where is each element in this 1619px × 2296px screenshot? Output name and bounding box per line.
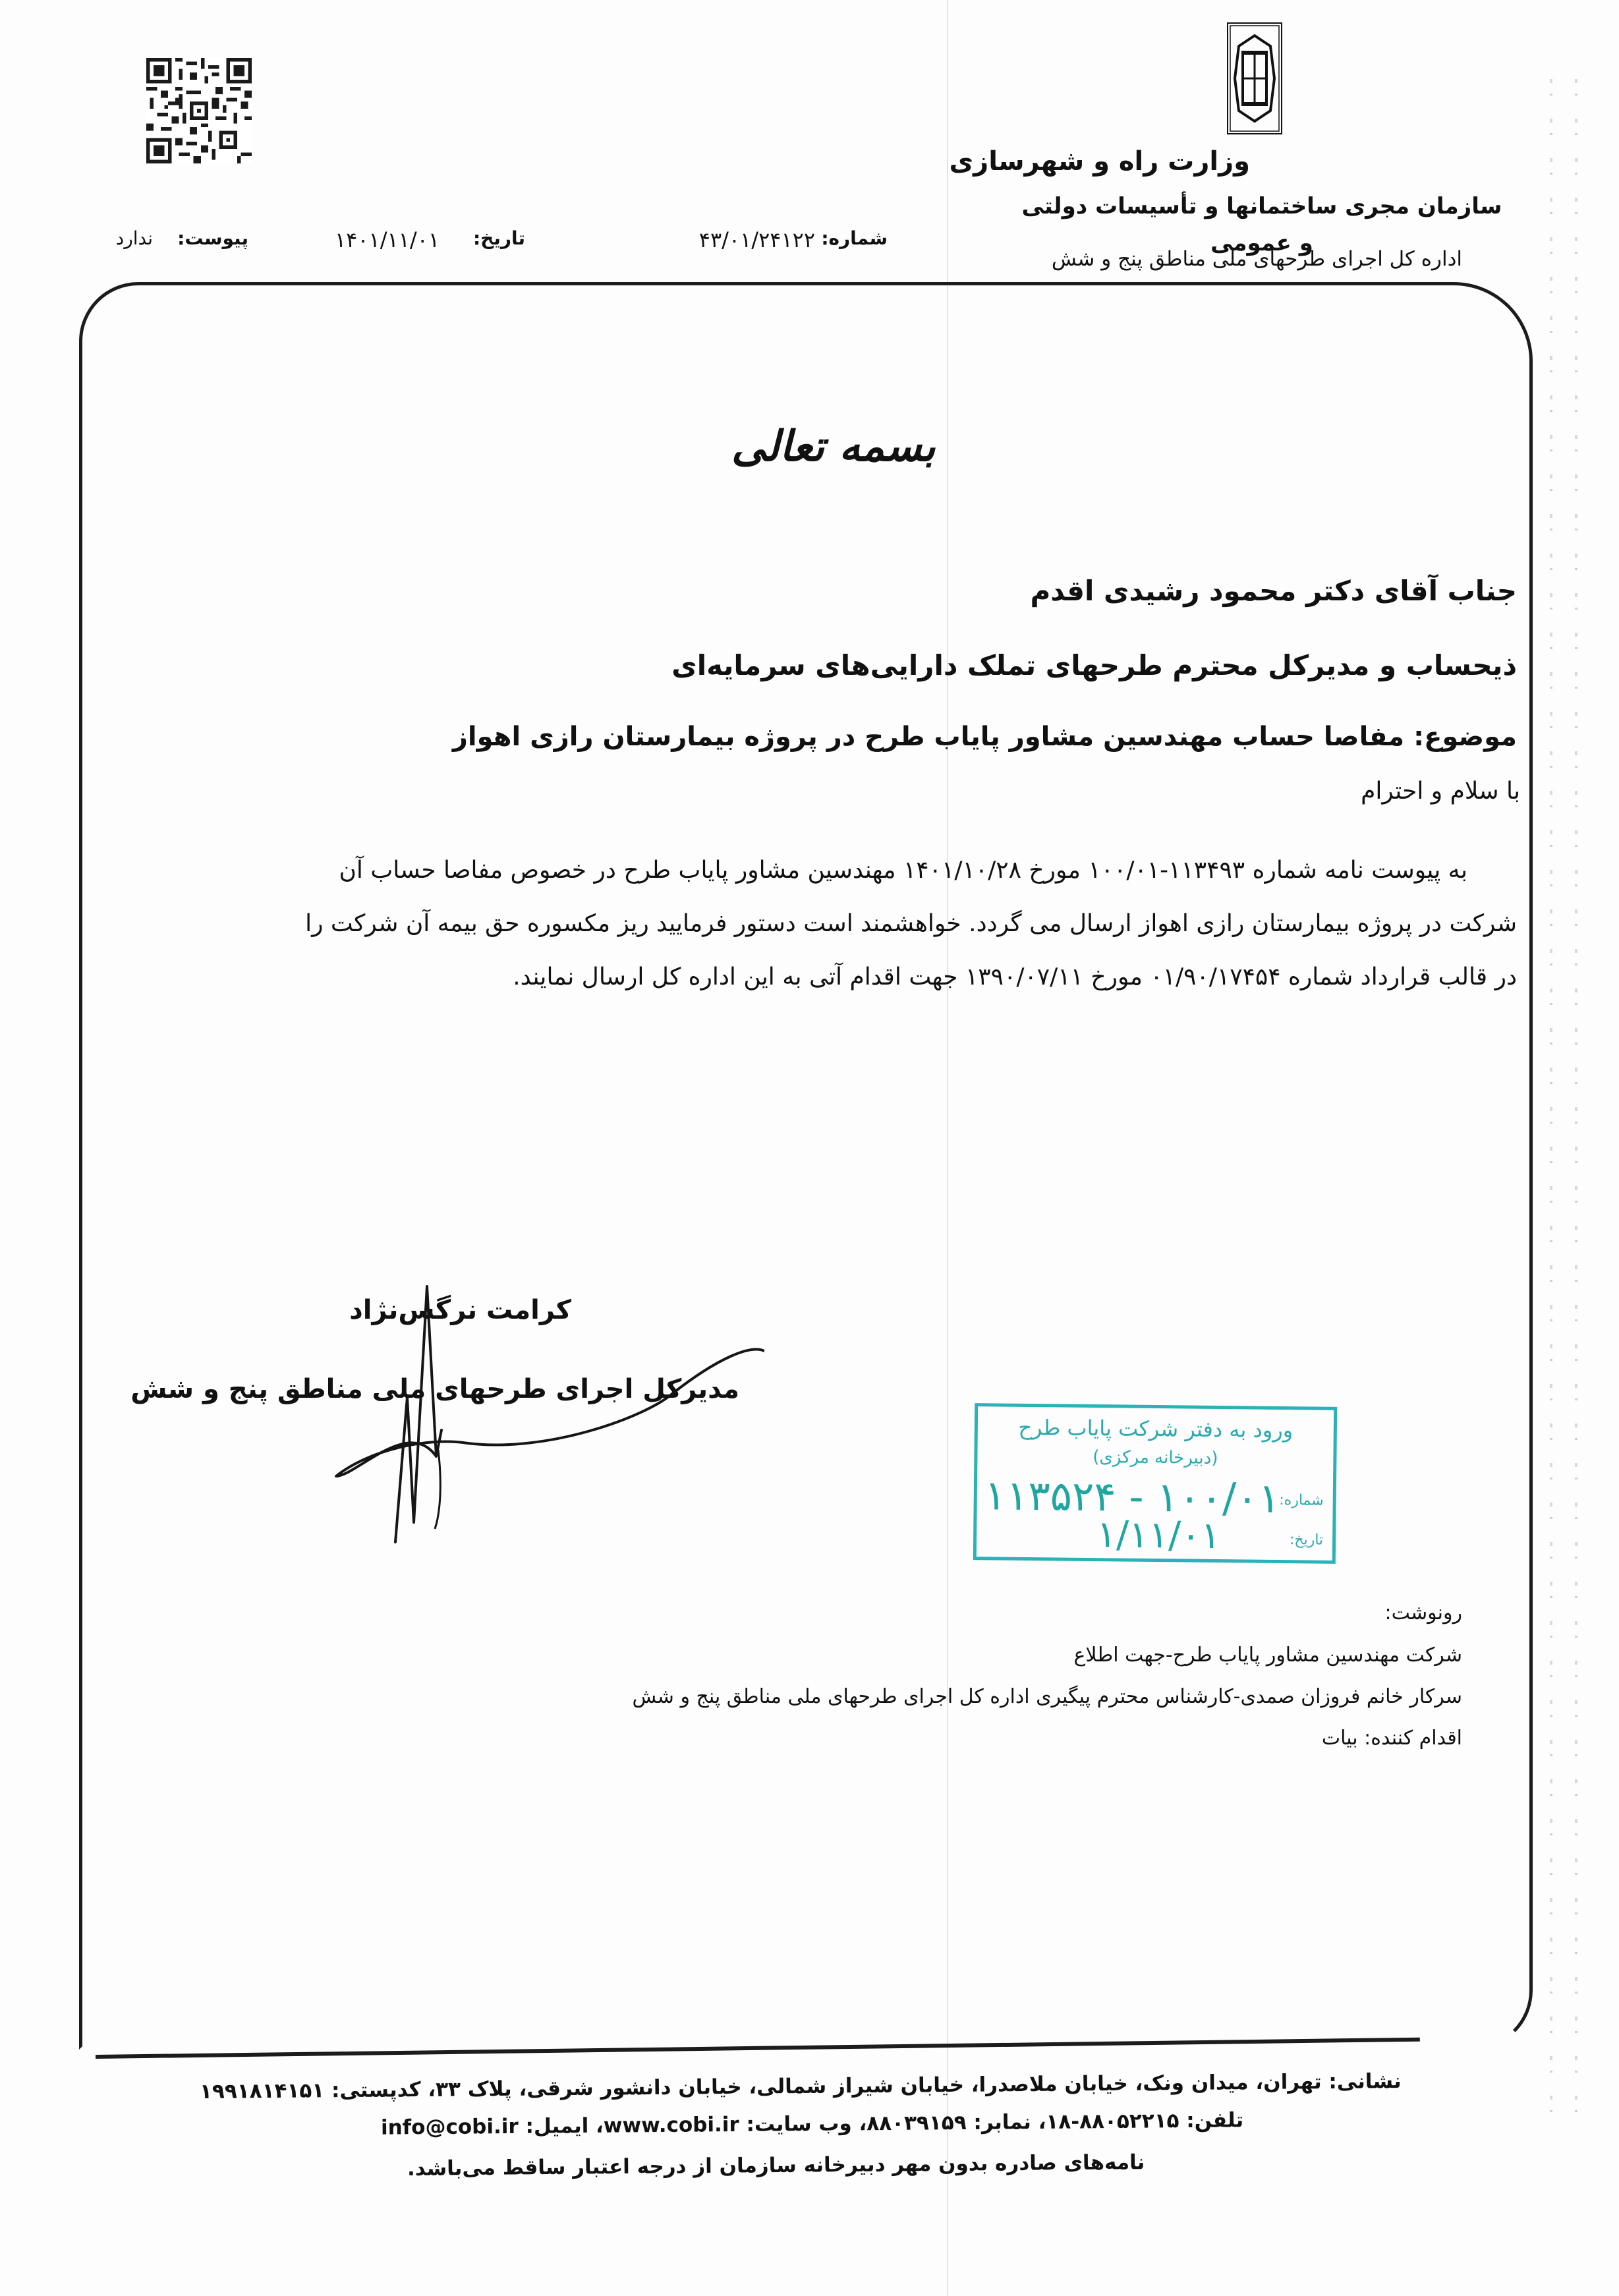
ministry-logo-icon <box>1227 22 1282 134</box>
action-by: اقدام کننده: بیات <box>1322 1727 1462 1750</box>
attachment-label: پیوست: <box>177 227 248 249</box>
footer-contact: تلفن: ۸۸۰۵۲۲۱۵-۱۸، نمابر: ۸۸۰۳۹۱۵۹، وب س… <box>381 2108 1243 2139</box>
footer-address: نشانی: تهران، میدان ونک، خیابان ملاصدرا،… <box>200 2069 1402 2104</box>
stamp-number-label: شماره: <box>1279 1492 1324 1509</box>
stamp-title: ورود به دفتر شرکت پایاب طرح <box>988 1414 1323 1443</box>
email-link[interactable]: info@cobi.ir <box>381 2115 519 2140</box>
fax-value: ۸۸۰۳۹۱۵۹ <box>866 2111 967 2135</box>
copies-label: رونوشت: <box>1384 1601 1462 1624</box>
received-stamp: ورود به دفتر شرکت پایاب طرح (دبیرخانه مر… <box>973 1403 1337 1564</box>
website-label: وب سایت: <box>746 2111 852 2136</box>
subject-text: مفاصا حساب مهندسین مشاور پایاب طرح در پر… <box>453 722 1404 752</box>
addressee-name: جناب آقای دکتر محمود رشیدی اقدم <box>1030 575 1517 607</box>
header-divider <box>532 298 559 302</box>
letter-subject: موضوع: مفاصا حساب مهندسین مشاور پایاب طر… <box>453 722 1517 752</box>
addressee-title: ذیحساب و مدیرکل محترم طرحهای تملک دارایی… <box>671 649 1517 681</box>
department-name: اداره کل اجرای طرحهای ملی مناطق پنج و شش <box>1052 247 1462 271</box>
handwritten-signature-icon <box>329 1278 764 1555</box>
phone-value: ۸۸۰۵۲۲۱۵-۱۸ <box>1046 2109 1179 2134</box>
body-line: در قالب قرارداد شماره ۰۱/۹۰/۱۷۴۵۴ مورخ ۱… <box>113 950 1517 1004</box>
copy-recipient: شرکت مهندسین مشاور پایاب طرح-جهت اطلاع <box>1074 1644 1462 1667</box>
body-line: شرکت در پروژه بیمارستان رازی اهواز ارسال… <box>113 897 1517 950</box>
website-link[interactable]: www.cobi.ir <box>603 2113 739 2138</box>
letter-date-label: تاریخ: <box>473 227 525 249</box>
subject-label: موضوع: <box>1413 722 1517 752</box>
bismillah-heading: بسمه تعالی <box>731 422 936 471</box>
ministry-name: وزارت راه و شهرسازی <box>950 146 1250 177</box>
scan-edge-noise <box>1550 79 1552 2122</box>
phone-label: تلفن: <box>1186 2108 1243 2133</box>
email-label: ایمیل: <box>525 2114 588 2138</box>
copy-recipient: سرکار خانم فروزان صمدی-کارشناس محترم پیگ… <box>633 1685 1462 1708</box>
stamp-date-label: تاریخ: <box>1290 1532 1323 1549</box>
letter-number-value: ۴۳/۰۱/۲۴۱۲۲ <box>699 227 815 252</box>
letter-date-value: ۱۴۰۱/۱۱/۰۱ <box>335 227 440 252</box>
stamp-subtitle: (دبیرخانه مرکزی) <box>977 1446 1333 1470</box>
scan-edge-noise <box>1575 79 1577 2122</box>
letter-number-label: شماره: <box>821 227 888 249</box>
body-line: به پیوست نامه شماره ۱۱۳۴۹۳-۱۰۰/۰۱ مورخ ۱… <box>113 844 1517 897</box>
stamp-date-value: ۱/۱۱/۰۱ <box>1096 1513 1221 1557</box>
footer-validity-note: نامه‌های صادره بدون مهر دبیرخانه سازمان … <box>407 2150 1145 2181</box>
fax-label: نمابر: <box>973 2110 1031 2135</box>
greeting: با سلام و احترام <box>1361 778 1520 805</box>
letter-body: به پیوست نامه شماره ۱۱۳۴۹۳-۱۰۰/۰۱ مورخ ۱… <box>113 844 1517 1004</box>
attachment-value: ندارد <box>116 227 153 249</box>
letter-frame-border <box>79 282 1533 2050</box>
qr-code-icon <box>146 58 252 163</box>
